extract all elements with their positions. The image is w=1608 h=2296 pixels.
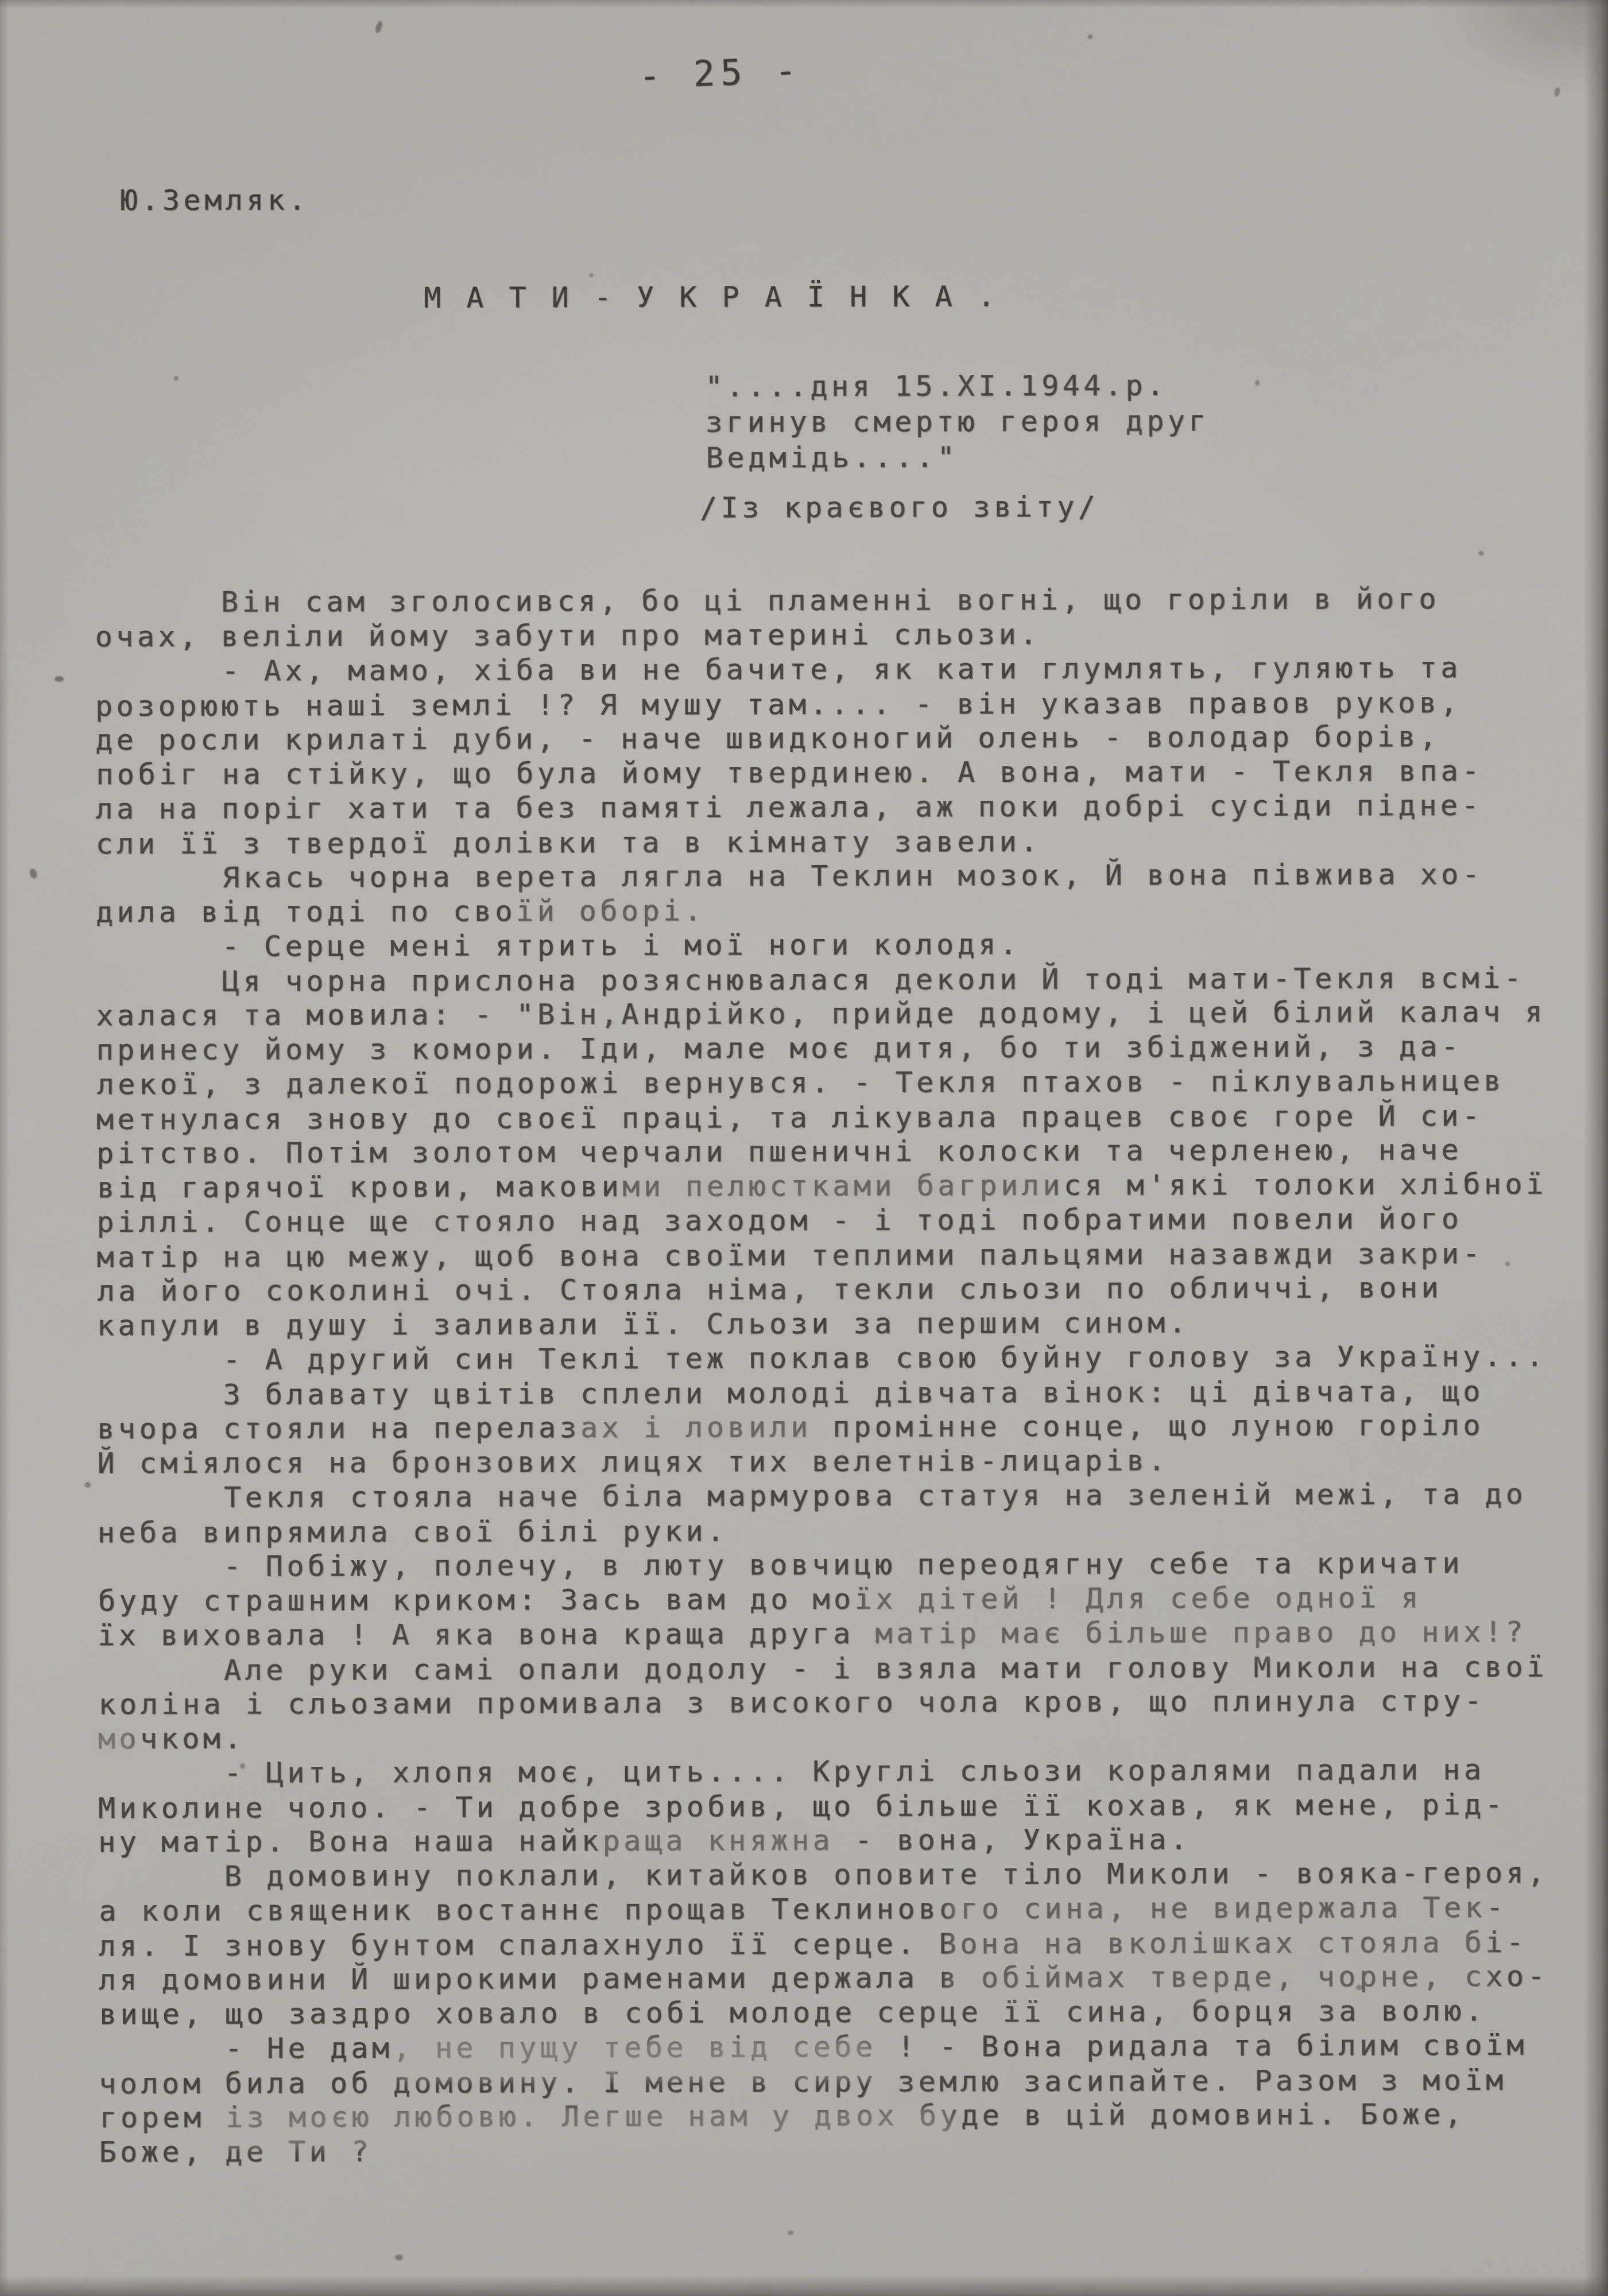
body-line: горем із моєю любовю. Легше нам у двох б… (99, 2096, 1603, 2135)
body-line: лекої, з далекої подорожі вернувся. - Те… (97, 1063, 1601, 1102)
body-line: Якась чорна верета лягла на Теклин мозок… (96, 856, 1601, 895)
body-line: Ця чорна прислона розяснювалася деколи Й… (96, 960, 1600, 999)
body-line: мочком. (98, 1717, 1602, 1756)
body-line: а коли священик востаннє прощав Теклинов… (99, 1890, 1603, 1928)
epigraph-line: Ведмідь...." (706, 439, 1211, 475)
body-line: халася та мовила: - "Він,Андрійко, прийд… (96, 994, 1600, 1033)
story-title: М А Т И - У К Р А Ї Н К А . (424, 278, 999, 316)
body-line: Й сміялося на бронзових лицях тих велетн… (97, 1442, 1601, 1480)
body-line: ля. І знову бунтом спалахнуло її серце. … (99, 1925, 1603, 1963)
body-line: - Ах, мамо, хіба ви не бачите, як кати г… (96, 650, 1600, 688)
body-line: Але руки самі опали додолу - і взяла мат… (98, 1649, 1602, 1688)
body-line: розорюють наші землі !? Я мушу там.... -… (95, 685, 1599, 723)
body-line: метнулася знову до своєї праці, та лікув… (96, 1098, 1601, 1137)
body-line: ля домовини Й широкими раменами держала … (99, 1958, 1603, 1997)
body-line: Боже, де Ти ? (99, 2131, 1603, 2169)
body-line: ла його соколині очі. Стояла німа, текли… (98, 1270, 1602, 1308)
epigraph-source: /Із краєвого звіту/ (700, 490, 1099, 525)
scanned-page: - 25 - Ю.Земляк. М А Т И - У К Р А Ї Н К… (0, 0, 1608, 2296)
body-line: ну матір. Вона наша найкраща княжна - во… (98, 1821, 1602, 1859)
body-line: Він сам зголосився, бо ці пламенні вогні… (95, 581, 1599, 619)
typewritten-content: - 25 - Ю.Земляк. М А Т И - У К Р А Ї Н К… (0, 0, 1608, 2296)
author-name: Ю.Земляк. (121, 183, 310, 218)
body-line: чолом била об домовину. І мене в сиру зе… (99, 2062, 1603, 2101)
body-line: - Серце мені ятрить і мої ноги колодя. (96, 925, 1600, 964)
body-line: коліна і сльозами промивала з високого ч… (98, 1683, 1602, 1721)
body-line: матір на цю межу, щоб вона своїми теплим… (96, 1236, 1601, 1274)
body-line: капули в душу і заливали її. Сльози за п… (97, 1304, 1601, 1343)
body-line: - Побіжу, полечу, в люту вовчицю переодя… (98, 1545, 1602, 1584)
body-line: вище, що заздро ховало в собі молоде сер… (99, 1993, 1603, 2031)
epigraph-line: "....дня 15.XI.1944.р. (705, 367, 1210, 404)
body-line: від гарячої крови, маковими пелюстками б… (97, 1166, 1601, 1205)
body-line: - А другий син Теклі теж поклав свою буй… (97, 1339, 1601, 1377)
body-line: вчора стояли на перелазах і ловили промі… (97, 1407, 1601, 1446)
body-line: очах, веліли йому забути про материні сл… (95, 615, 1599, 654)
page-number: - 25 - (638, 50, 803, 96)
body-line: побіг на стійку, що була йому твердинею.… (96, 753, 1600, 792)
body-line: - Цить, хлопя моє, цить.... Круглі сльоз… (98, 1752, 1602, 1790)
body-line: буду страшним криком: Зась вам до моїх д… (98, 1580, 1602, 1618)
body-line: неба випрямила свої білі руки. (98, 1511, 1602, 1550)
body-line: сли її з твердої долівки та в кімнату за… (96, 823, 1600, 861)
body-line: Текля стояла наче біла мармурова статуя … (98, 1476, 1602, 1515)
body-line: ріллі. Сонце ще стояло над заходом - і т… (96, 1201, 1601, 1239)
epigraph-line: згинув смертю героя друг (706, 403, 1210, 440)
body-line: де росли крилаті дуби, - наче швидконоги… (95, 719, 1599, 757)
body-line: принесу йому з комори. Іди, мале моє дит… (96, 1029, 1600, 1067)
body-line: З блавату цвітів сплели молоді дівчата в… (97, 1374, 1601, 1412)
body-line: Миколине чоло. - Ти добре зробив, що біл… (98, 1787, 1602, 1825)
body-line: В домовину поклали, китайков оповите тіл… (98, 1855, 1602, 1894)
epigraph: "....дня 15.XI.1944.р.згинув смертю геро… (705, 367, 1210, 475)
story-body: Він сам зголосився, бо ці пламенні вогні… (95, 581, 1603, 2169)
body-line: - Не дам, не пущу тебе від себе ! - Вона… (99, 2027, 1603, 2066)
body-line: дила від тоді по своїй оборі. (96, 891, 1600, 929)
body-line: їх виховала ! А яка вона краща друга мат… (98, 1614, 1602, 1653)
body-line: ла на поріг хати та без памяті лежала, а… (95, 788, 1599, 826)
body-line: рітство. Потім золотом черчали пшеничні … (96, 1132, 1601, 1170)
